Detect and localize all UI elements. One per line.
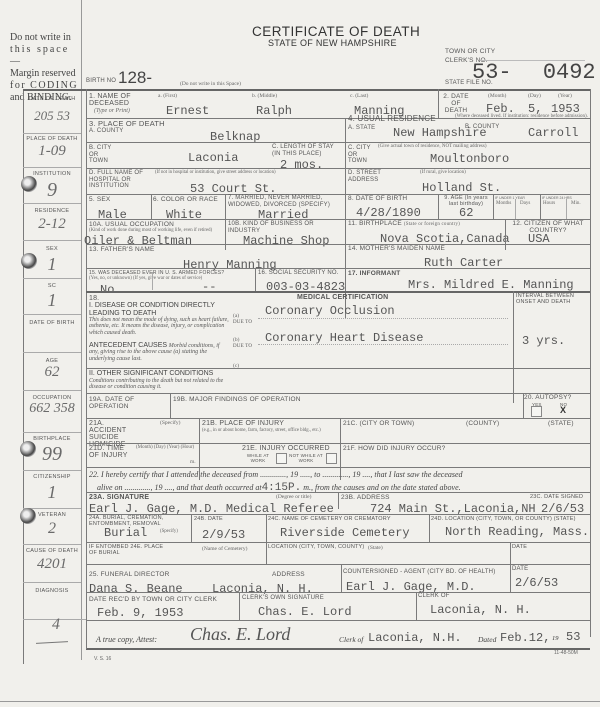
date-received: Feb. 9, 1953 [97, 606, 183, 620]
injury-time-label: 21d. TIME OF INJURY [89, 445, 129, 459]
divider [255, 268, 256, 291]
divider [540, 194, 541, 219]
form-code-right: 11-48-50M [554, 650, 578, 656]
divider [86, 467, 590, 468]
form-left-border [86, 89, 87, 649]
divider [86, 244, 590, 245]
divider [510, 542, 511, 564]
divider [429, 514, 430, 542]
punch-hole [21, 253, 37, 269]
cause-direct-label: I. DISEASE OR CONDITION DIRECTLY LEADING… [89, 302, 229, 317]
attest-clerk-of: Laconia, N.H. [368, 631, 462, 645]
hours-label: Hours [543, 201, 555, 207]
state-file-label: STATE FILE NO. [445, 80, 493, 87]
bottom-margin-mark: 4 [52, 616, 60, 634]
attest-signature: Chas. E. Lord [190, 624, 290, 645]
medical-certification-label: MEDICAL CERTIFICATION [297, 294, 388, 301]
code-value-age: 62 [23, 364, 81, 381]
date-signed-label: 23c. DATE SIGNED [530, 494, 583, 501]
divider [493, 194, 494, 219]
divider [505, 219, 506, 250]
injury-place-note: (e.g., in or about home, farm, factory, … [202, 428, 337, 434]
not-while-work-checkbox[interactable] [326, 453, 337, 464]
divider [266, 514, 267, 564]
divider [86, 542, 590, 543]
divider [86, 564, 590, 565]
burial-date-label: 24b. DATE [194, 516, 223, 523]
burial-date: 2/9/53 [202, 528, 245, 542]
signature-label: 23a. SIGNATURE [89, 494, 149, 501]
divider [23, 133, 81, 134]
code-value-sc: 1 [23, 290, 81, 311]
code-value-cause-of-death: 4201 [23, 556, 81, 573]
burial: Burial [104, 526, 147, 540]
form-code-left: V. S. 16 [94, 656, 111, 662]
not-while-work-label: NOT WHILE AT WORK [288, 453, 324, 463]
form-bottom [86, 648, 590, 650]
informant-label: 17. INFORMANT [348, 270, 400, 277]
birthplace-label-text: 11. BIRTHPLACE [348, 220, 402, 227]
divider [86, 291, 590, 293]
divider [416, 592, 417, 620]
handwritten-underline [36, 641, 68, 644]
certify-text: alive on ............., 19 ...., and tha… [97, 483, 262, 492]
divider [23, 278, 81, 279]
antecedent-label: ANTECEDENT CAUSES Morbid conditions, if … [89, 343, 229, 362]
birth-no: 128- [118, 68, 152, 88]
due-to-label: DUE TO [233, 344, 252, 349]
location2-label: LOCATION (City, Town, County) [268, 544, 364, 551]
state-file-no-number: 0492 [543, 60, 596, 85]
armed-forces-note: (Yes, no, or unknown) (If yes, give war … [89, 276, 202, 282]
city: Laconia [188, 151, 238, 165]
cause-b: Coronary Heart Disease [265, 331, 423, 345]
divider [152, 272, 153, 290]
stay: 2 mos. [280, 158, 323, 172]
code-value-occupation: 662 358 [28, 402, 76, 416]
father-label: 13. FATHER'S NAME [89, 246, 155, 253]
state2-label: (State) [368, 545, 383, 551]
birthplace-label: 11. BIRTHPLACE (State or foreign country… [348, 220, 460, 228]
a-label: (a) [233, 313, 239, 319]
res-street: Holland St. [422, 181, 501, 195]
cemetery: Riverside Cemetery [280, 526, 410, 540]
middle-label: b. (Middle) [252, 93, 277, 99]
divider [566, 199, 567, 219]
name-label: 1. NAME OF DECEASED [89, 93, 149, 107]
injury-state-label: (STATE) [548, 420, 574, 427]
other-conditions-note: Conditions contributing to the death but… [89, 378, 239, 391]
divider [515, 199, 516, 219]
fd-address-label: ADDRESS [272, 571, 305, 578]
res-city: Moultonboro [430, 152, 509, 166]
autopsy-label: 20. AUTOPSY? [524, 394, 571, 401]
degree-label: (Degree or title) [276, 494, 311, 500]
code-label-sex: SEX [23, 246, 81, 252]
last-label: c. (Last) [350, 93, 368, 99]
clerk-of-label: CLERK OF [418, 593, 450, 600]
city-label: b. CITY OR TOWN [89, 145, 119, 165]
divider [23, 240, 81, 241]
sex-label: 5. SEX [89, 196, 110, 203]
dob: 4/28/1890 [356, 206, 421, 220]
punch-hole [20, 441, 36, 457]
divider [170, 393, 171, 418]
certificate-title: CERTIFICATE OF DEATH [252, 24, 420, 39]
code-label-residence: RESIDENCE [23, 208, 81, 214]
counter-date: 2/6/53 [515, 576, 558, 590]
age: 62 [459, 206, 473, 220]
res-street-label: d. STREET ADDRESS [348, 170, 388, 183]
divider [510, 564, 511, 592]
funeral-director: Dana S. Beane [89, 582, 183, 596]
place-of-death-label: 3. PLACE OF DEATH [89, 120, 165, 127]
divider [341, 564, 342, 592]
location-label: 24d. LOCATION (City, town, or county) (S… [431, 516, 576, 523]
clerk-of: Laconia, N. H. [430, 603, 531, 617]
min-label: Min. [571, 201, 581, 207]
op-findings-label: 19b. MAJOR FINDINGS OF OPERATION [173, 396, 301, 403]
race-label: 6. COLOR OR RACE [153, 196, 218, 203]
interval-b: 3 yrs. [522, 334, 565, 348]
injury-city-label: 21c. (CITY OR TOWN) [343, 420, 414, 427]
divider [86, 592, 590, 593]
do-not-write: (Do not write in this Space) [180, 81, 241, 87]
injury-occurred-label: 21e. INJURY OCCURRED [242, 445, 330, 452]
attest-year-prefix: 19 [552, 635, 559, 642]
while-work-label: WHILE AT WORK [242, 453, 274, 463]
divider [513, 291, 514, 403]
res-city-note: (Give actual town of residence, NOT mail… [378, 144, 486, 150]
res-county-label: b. COUNTY [465, 124, 499, 131]
divider [239, 592, 240, 620]
burial-specify: (Specify) [160, 529, 178, 535]
injury-time-cols: (Month) (Day) (Year) (Hour) [136, 445, 194, 451]
divider [86, 168, 590, 169]
code-label-place-of-death: PLACE OF DEATH [23, 136, 81, 142]
informant: Mrs. Mildred E. Manning [408, 278, 574, 292]
attest-dated: Feb.12, [500, 631, 550, 645]
autopsy-no-mark[interactable]: X [560, 405, 566, 415]
usual-residence-note: (Where deceased lived. If institution: r… [455, 114, 589, 120]
clerk-signature-label: CLERK'S OWN SIGNATURE [242, 595, 324, 602]
divider [23, 352, 81, 353]
code-label-date-of-death: DATE OF DEATH [23, 96, 81, 102]
margin-right-border [81, 0, 82, 660]
certify-text: m., from the causes and on the date stat… [301, 483, 460, 492]
attest-label: A true copy, Attest: [96, 635, 157, 644]
form-top [23, 89, 590, 91]
injury-place-label: 21b. PLACE OF INJURY [202, 420, 284, 427]
divider [23, 203, 81, 204]
attest-dated-label: Dated [478, 635, 496, 644]
due-to-label: DUE TO [233, 320, 252, 325]
code-value-residence: 2-12 [23, 216, 81, 233]
date2-label: DATE [512, 544, 527, 551]
code-label-cause-of-death: CAUSE OF DEATH [23, 548, 81, 554]
dob-label: 8. DATE OF BIRTH [348, 195, 407, 202]
hospital-label: d. FULL NAME OF HOSPITAL OR INSTITUTION [89, 170, 159, 190]
divider [191, 514, 192, 542]
punch-hole [21, 176, 37, 192]
months-label: Months [496, 201, 511, 207]
code-label-diagnosis: DIAGNOSIS [23, 588, 81, 594]
first-label: a. (First) [158, 93, 177, 99]
code-value-date-of-death: 205 53 [23, 108, 81, 124]
margin-note-line: Do not write in [10, 32, 82, 44]
punch-hole [20, 508, 36, 524]
fd-address: Laconia, N. H. [212, 582, 313, 596]
divider [86, 268, 590, 269]
certify-line-1: 22. I hereby certify that I attended the… [89, 470, 463, 479]
address-label: 23b. ADDRESS [341, 494, 390, 501]
cause-a: Coronary Occlusion [265, 304, 395, 318]
attest-clerk-of-label: Clerk of [339, 635, 363, 644]
name-of-cemetery-label: (Name of Cemetery) [202, 546, 248, 552]
f18-label: 18. [89, 295, 99, 302]
injury-county-label: (COUNTY) [466, 420, 499, 427]
form-right-border [590, 89, 591, 637]
name-label-text: 1. NAME OF DECEASED [89, 93, 131, 107]
marital-label: 7. MARRIED, NEVER MARRIED, WIDOWED, DIVO… [228, 195, 346, 208]
countersigned-label: COUNTERSIGNED - AGENT (City Bd. of Healt… [343, 569, 495, 576]
margin-note: Do not write in this space — Margin rese… [10, 32, 82, 104]
first-name: Ernest [166, 104, 209, 118]
divider [23, 582, 81, 583]
divider [23, 390, 81, 391]
funeral-director-label: 25. FUNERAL DIRECTOR [89, 571, 170, 578]
divider [338, 492, 339, 509]
margin-note-line: this space — [10, 44, 82, 68]
entombed-label: IF ENTOMBED 24e. PLACE OF BURIAL [89, 544, 169, 556]
armed-forces: No [100, 283, 114, 297]
stay-label: c. LENGTH OF STAY (in this place) [272, 144, 344, 157]
county-label: a. COUNTY [89, 128, 123, 135]
divider [86, 142, 590, 143]
certificate-subtitle: STATE OF NEW HAMPSHIRE [268, 38, 397, 48]
attest-year: 53 [566, 630, 580, 644]
other-conditions-label: II. OTHER SIGNIFICANT CONDITIONS [89, 370, 213, 377]
business: Machine Shop [243, 234, 329, 248]
divider [23, 314, 81, 315]
divider [23, 544, 81, 545]
divider [23, 167, 81, 168]
divider [86, 418, 590, 419]
date-of-death-label: 2. DATE OF DEATH [441, 93, 471, 114]
year-label: (Year) [558, 93, 572, 99]
res-street-note: (If rural, give location) [420, 170, 466, 176]
hospital-note: (If not in hospital or institution, give… [155, 170, 276, 176]
clerk-label-line: TOWN OR CITY [445, 47, 495, 56]
ssn-label: 16. SOCIAL SECURITY NO. [258, 270, 344, 277]
days-label: Days [520, 201, 530, 207]
accident-specify: (Specify) [160, 420, 180, 426]
middle-name: Ralph [256, 104, 292, 118]
month-label: (Month) [488, 93, 506, 99]
antecedent-label-text: ANTECEDENT CAUSES [89, 342, 167, 349]
birthplace-note: (State or foreign country) [404, 222, 460, 227]
type-or-print: (Type or Print) [94, 108, 130, 114]
code-value-citizenship: 1 [23, 482, 81, 503]
res-city-label: c. CITY OR TOWN [348, 145, 378, 165]
recd-label: DATE REC'D BY TOWN OR CITY CLERK [89, 596, 217, 603]
cemetery-location: North Reading, Mass. [445, 525, 589, 539]
code-label-date-of-birth: DATE OF BIRTH [23, 320, 81, 326]
b-label: (b) [233, 337, 239, 343]
divider [438, 194, 439, 219]
counter-date-label: DATE [512, 566, 528, 573]
res-county: Carroll [528, 126, 578, 140]
divider [23, 470, 81, 471]
while-work-checkbox[interactable] [276, 453, 287, 464]
how-injury-label: 21f. HOW DID INJURY OCCUR? [343, 445, 445, 452]
divider [86, 393, 590, 394]
divider [86, 620, 590, 621]
page-edge [0, 701, 600, 702]
divider [86, 443, 590, 444]
mother-label: 14. MOTHER'S MAIDEN NAME [348, 245, 445, 252]
divider [225, 194, 226, 250]
cause-a-label: (a)DUE TO [233, 313, 252, 326]
code-label-sc: SC [23, 283, 81, 289]
dotted-line [258, 344, 508, 346]
divider [151, 194, 152, 219]
code-label-citizenship: CITIZENSHIP [23, 474, 81, 480]
cause-direct-note: This does not mean the mode of dying, su… [89, 317, 229, 336]
res-state-label: a. STATE [348, 125, 375, 132]
divider [86, 368, 590, 369]
interval-label: INTERVAL BETWEEN ONSET AND DEATH [516, 293, 590, 305]
divider [23, 432, 81, 433]
autopsy-yes-checkbox[interactable] [531, 406, 542, 417]
margin-note-line: Margin reserved [10, 68, 82, 80]
birth-no-label: BIRTH NO [86, 78, 116, 85]
usual-residence-label: 4. USUAL RESIDENCE [348, 115, 436, 122]
clerk-signature: Chas. E. Lord [258, 605, 352, 619]
divider [438, 89, 439, 118]
cemetery-label: 24c. NAME OF CEMETERY OR CREMATORY [268, 516, 391, 523]
business-label: 10b. KIND OF BUSINESS OR INDUSTRY [228, 221, 346, 234]
occupation-label: 10a. USUAL OCCUPATION [89, 221, 174, 228]
op-date-label: 19a. DATE OF OPERATION [89, 396, 169, 410]
code-value-place-of-death: 1-09 [23, 143, 81, 160]
day-label: (Day) [528, 93, 541, 99]
cause-b-label: (b)DUE TO [233, 337, 252, 350]
m-label: m. [190, 459, 196, 465]
dotted-line [258, 318, 508, 320]
